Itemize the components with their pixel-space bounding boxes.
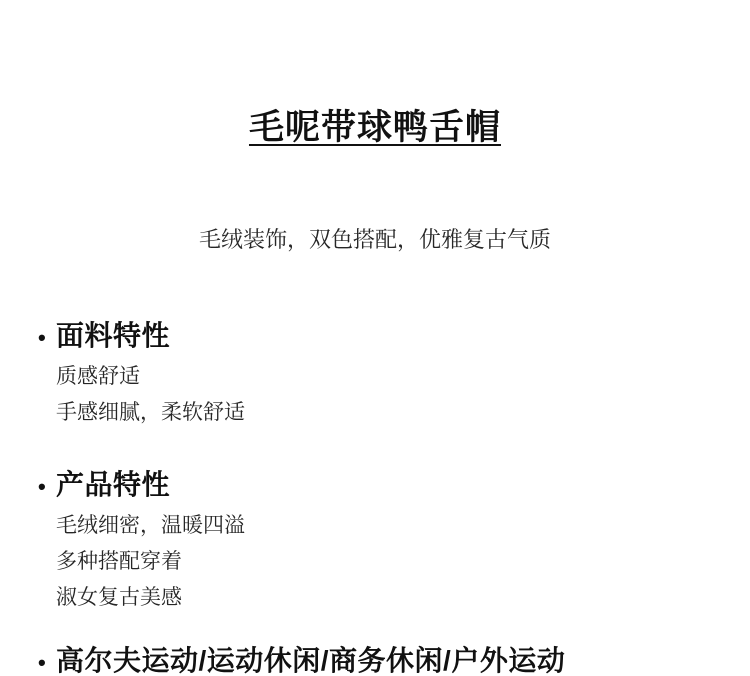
product-description-page: 毛呢带球鸭舌帽 毛绒装饰，双色搭配，优雅复古气质 • 面料特性 质感舒适 手感细… <box>0 0 750 676</box>
body-line: 毛绒细密，温暖四溢 <box>56 508 750 544</box>
section-usage-scenarios: • 高尔夫运动/运动休闲/商务休闲/户外运动 <box>0 642 750 676</box>
section-product-features: • 产品特性 毛绒细密，温暖四溢 多种搭配穿着 淑女复古美感 <box>0 466 750 616</box>
body-line: 质感舒适 <box>56 359 750 395</box>
section-heading-row: • 高尔夫运动/运动休闲/商务休闲/户外运动 <box>38 642 750 676</box>
bullet-icon: • <box>38 319 56 357</box>
section-heading-label: 高尔夫运动/运动休闲/商务休闲/户外运动 <box>56 642 565 676</box>
section-heading-row: • 产品特性 <box>38 466 750 506</box>
section-body: 毛绒细密，温暖四溢 多种搭配穿着 淑女复古美感 <box>38 508 750 616</box>
page-title: 毛呢带球鸭舌帽 <box>0 0 750 151</box>
bullet-icon: • <box>38 468 56 506</box>
section-heading-row: • 面料特性 <box>38 317 750 357</box>
body-line: 多种搭配穿着 <box>56 544 750 580</box>
page-title-text: 毛呢带球鸭舌帽 <box>249 108 501 147</box>
section-heading-label: 产品特性 <box>56 466 170 504</box>
bullet-icon: • <box>38 644 56 676</box>
page-subtitle: 毛绒装饰，双色搭配，优雅复古气质 <box>0 225 750 255</box>
section-heading-label: 面料特性 <box>56 317 170 355</box>
section-fabric-features: • 面料特性 质感舒适 手感细腻，柔软舒适 <box>0 317 750 431</box>
body-line: 手感细腻，柔软舒适 <box>56 395 750 431</box>
section-body: 质感舒适 手感细腻，柔软舒适 <box>38 359 750 431</box>
body-line: 淑女复古美感 <box>56 580 750 616</box>
